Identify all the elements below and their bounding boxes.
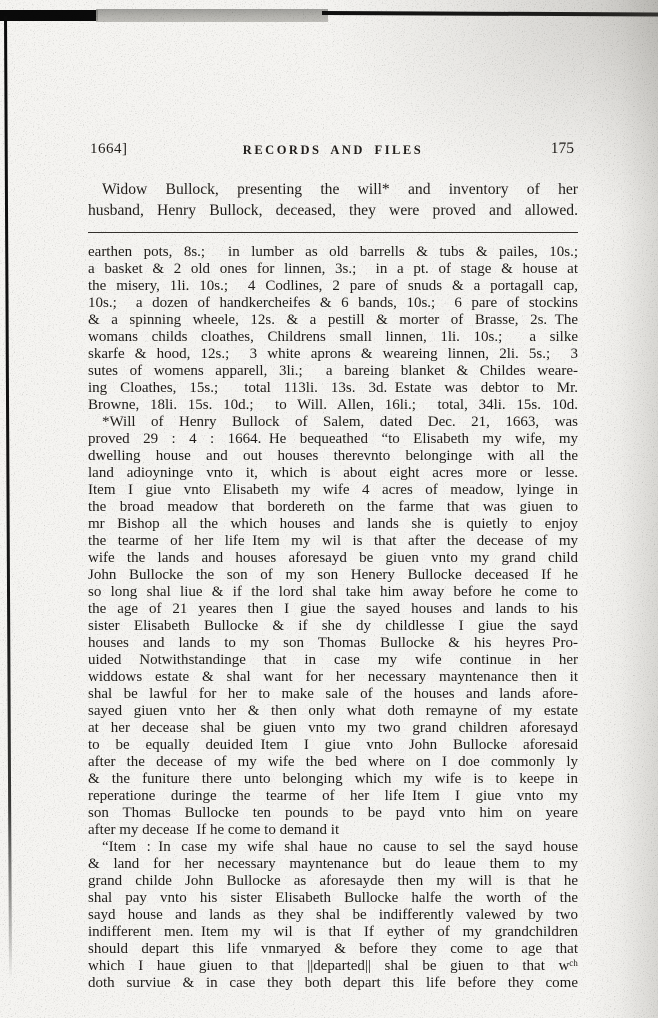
paragraph: earthen pots, 8s.; in lumber as old barr… [88, 244, 578, 414]
text-line: uided Notwithstandinge that in case my w… [88, 652, 578, 669]
text-line: which I haue giuen to that ||departed|| … [88, 958, 578, 975]
text-line: widdows estate & shal want for her neces… [88, 669, 578, 686]
text-line: son Thomas Bullocke ten pounds to be pay… [88, 805, 578, 822]
text-line: a basket & 2 old ones for linnen, 3s.; i… [88, 261, 578, 278]
header-title: RECORDS AND FILES [88, 143, 578, 158]
text-line: reperatione duringe the tearme of her li… [88, 788, 578, 805]
text-line: sister Elisabeth Bullocke & if she dy ch… [88, 618, 578, 635]
text-line: & a spinning wheele, 12s. & a pestill & … [88, 312, 578, 329]
text-line: sayed giuen vnto her & then only what do… [88, 703, 578, 720]
text-line: John Bullocke the son of my son Henery B… [88, 567, 578, 584]
text-line: grand childe John Bullocke as aforesayde… [88, 873, 578, 890]
text-line: dwelling house and out houses therevnto … [88, 448, 578, 465]
scan-artifact-gray-bar [96, 9, 328, 22]
paragraph: *Will of Henry Bullock of Salem, dated D… [88, 414, 578, 839]
text-line: doth surviue & in case they both depart … [88, 975, 578, 992]
text-line: the misery, 1li. 10s.; 4 Codlines, 2 par… [88, 278, 578, 295]
text-line: shal pay vnto his sister Elisabeth Bullo… [88, 890, 578, 907]
text-line: shal be lawful for her to make sale of t… [88, 686, 578, 703]
running-header: 1664] RECORDS AND FILES 175 [88, 140, 578, 160]
text-line: indifferent men. Item my wil is that If … [88, 924, 578, 941]
text-line: sutes of womens apparell, 3li.; a barein… [88, 363, 578, 380]
header-page-number: 175 [551, 140, 574, 158]
paragraph: “Item : In case my wife shal haue no cau… [88, 839, 578, 992]
intro-paragraph: Widow Bullock, presenting the will* and … [88, 179, 578, 221]
text-line: Widow Bullock, presenting the will* and … [88, 179, 578, 200]
text-line: the age of 21 yeares then I giue the say… [88, 601, 578, 618]
text-line: 10s.; a dozen of handkercheifes & 6 band… [88, 295, 578, 312]
scan-artifact-black-bar [0, 10, 98, 21]
text-line: the tearme of her life Item my wil is th… [88, 533, 578, 550]
text-line: mr Bishop all the which houses and lands… [88, 516, 578, 533]
scan-right-edge-shading [588, 0, 658, 1018]
text-line: womans childs cloathes, Childrens small … [88, 329, 578, 346]
text-line: skarfe & hood, 12s.; 3 white aprons & we… [88, 346, 578, 363]
text-line: wife the lands and houses aforesayd be g… [88, 550, 578, 567]
text-line: at her decease shal be giuen vnto my two… [88, 720, 578, 737]
text-line: after my decease If he come to demand it [88, 822, 578, 839]
text-line: should depart this life vnmaryed & befor… [88, 941, 578, 958]
scan-artifact-left-edge-line [4, 16, 12, 980]
body-text: earthen pots, 8s.; in lumber as old barr… [88, 244, 578, 992]
text-line: sayd house and lands as they shal be ind… [88, 907, 578, 924]
paragraph: Widow Bullock, presenting the will* and … [88, 179, 578, 221]
scan-artifact-top-edge-line [322, 11, 658, 16]
text-line: & the funiture there unto belonging whic… [88, 771, 578, 788]
text-line: land adioyninge vnto it, which is about … [88, 465, 578, 482]
text-line: houses and lands to my son Thomas Bulloc… [88, 635, 578, 652]
text-line: so long shal liue & if the lord shal tak… [88, 584, 578, 601]
page-content: 1664] RECORDS AND FILES 175 Widow Bulloc… [88, 140, 578, 992]
text-line: *Will of Henry Bullock of Salem, dated D… [88, 414, 578, 431]
text-line: Item I giue vnto Elisabeth my wife 4 acr… [88, 482, 578, 499]
text-line: the broad meadow that bordereth on the f… [88, 499, 578, 516]
text-line: Browne, 18li. 15s. 10d.; to Will. Allen,… [88, 397, 578, 414]
text-line: ing Cloathes, 15s.; total 113li. 13s. 3d… [88, 380, 578, 397]
scanned-book-page: 1664] RECORDS AND FILES 175 Widow Bulloc… [0, 0, 658, 1018]
text-line: & land for her necessary mayntenance but… [88, 856, 578, 873]
text-line: husband, Henry Bullock, deceased, they w… [88, 200, 578, 221]
text-line: after the decease of my wife the bed whe… [88, 754, 578, 771]
text-line: earthen pots, 8s.; in lumber as old barr… [88, 244, 578, 261]
text-line: to be equally deuided Item I giue vnto J… [88, 737, 578, 754]
text-line: proved 29 : 4 : 1664. He bequeathed “to … [88, 431, 578, 448]
text-line: “Item : In case my wife shal haue no cau… [88, 839, 578, 856]
footnote-separator-rule [88, 232, 578, 233]
